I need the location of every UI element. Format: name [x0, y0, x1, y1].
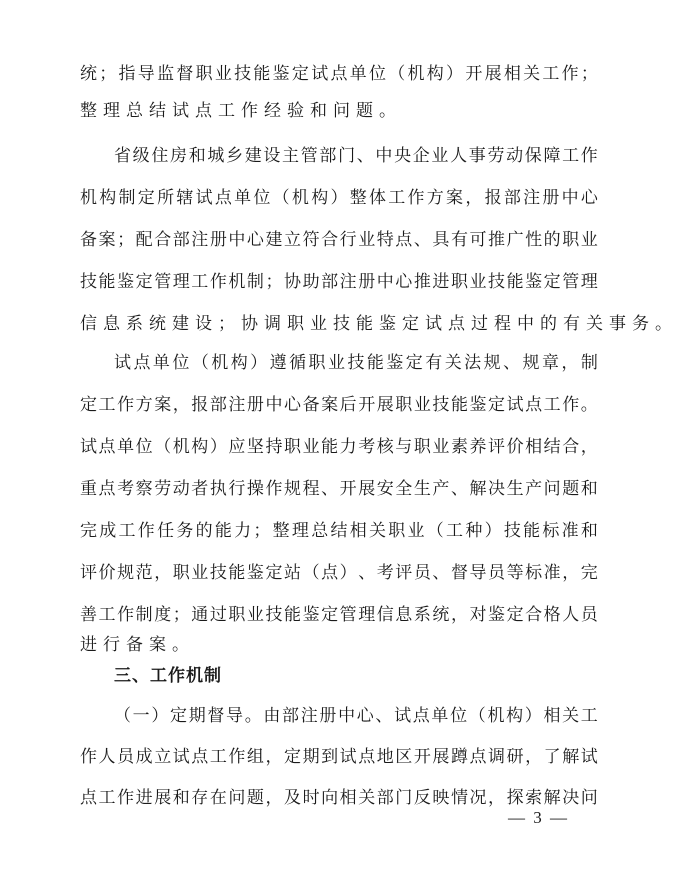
paragraph-start: （一）定期督导。由部注册中心、试点单位（机构）相关工 [114, 704, 598, 728]
text-line: 善工作制度；通过职业技能鉴定管理信息系统，对鉴定合格人员 [80, 603, 598, 627]
text-line: 备案；配合部注册中心建立符合行业特点、具有可推广性的职业 [80, 228, 598, 252]
text-line: 信息系统建设；协调职业技能鉴定试点过程中的有关事务。 [80, 312, 598, 336]
paragraph-start: 省级住房和城乡建设主管部门、中央企业人事劳动保障工作 [114, 144, 598, 168]
text-line: 评价规范，职业技能鉴定站（点）、考评员、督导员等标准，完 [80, 561, 598, 585]
paragraph-start: 试点单位（机构）遵循职业技能鉴定有关法规、规章，制 [114, 351, 598, 375]
text-line: 技能鉴定管理工作机制；协助部注册中心推进职业技能鉴定管理 [80, 270, 598, 294]
text-line: 进行备案。 [80, 633, 598, 657]
text-line: 作人员成立试点工作组，定期到试点地区开展蹲点调研，了解试 [80, 745, 598, 769]
text-line: 完成工作任务的能力；整理总结相关职业（工种）技能标准和 [80, 519, 598, 543]
text-line: 定工作方案，报部注册中心备案后开展职业技能鉴定试点工作。 [80, 393, 598, 417]
text-line: 重点考察劳动者执行操作规程、开展安全生产、解决生产问题和 [80, 477, 598, 501]
document-page: 统；指导监督职业技能鉴定试点单位（机构）开展相关工作； 整理总结试点工作经验和问… [0, 0, 680, 876]
text-line: 统；指导监督职业技能鉴定试点单位（机构）开展相关工作； [80, 62, 598, 86]
text-line: 试点单位（机构）应坚持职业能力考核与职业素养评价相结合， [80, 435, 598, 459]
section-heading: 三、工作机制 [114, 664, 222, 688]
text-line: 整理总结试点工作经验和问题。 [80, 99, 598, 123]
page-number: — 3 — [508, 806, 569, 830]
text-line: 机构制定所辖试点单位（机构）整体工作方案，报部注册中心 [80, 186, 598, 210]
